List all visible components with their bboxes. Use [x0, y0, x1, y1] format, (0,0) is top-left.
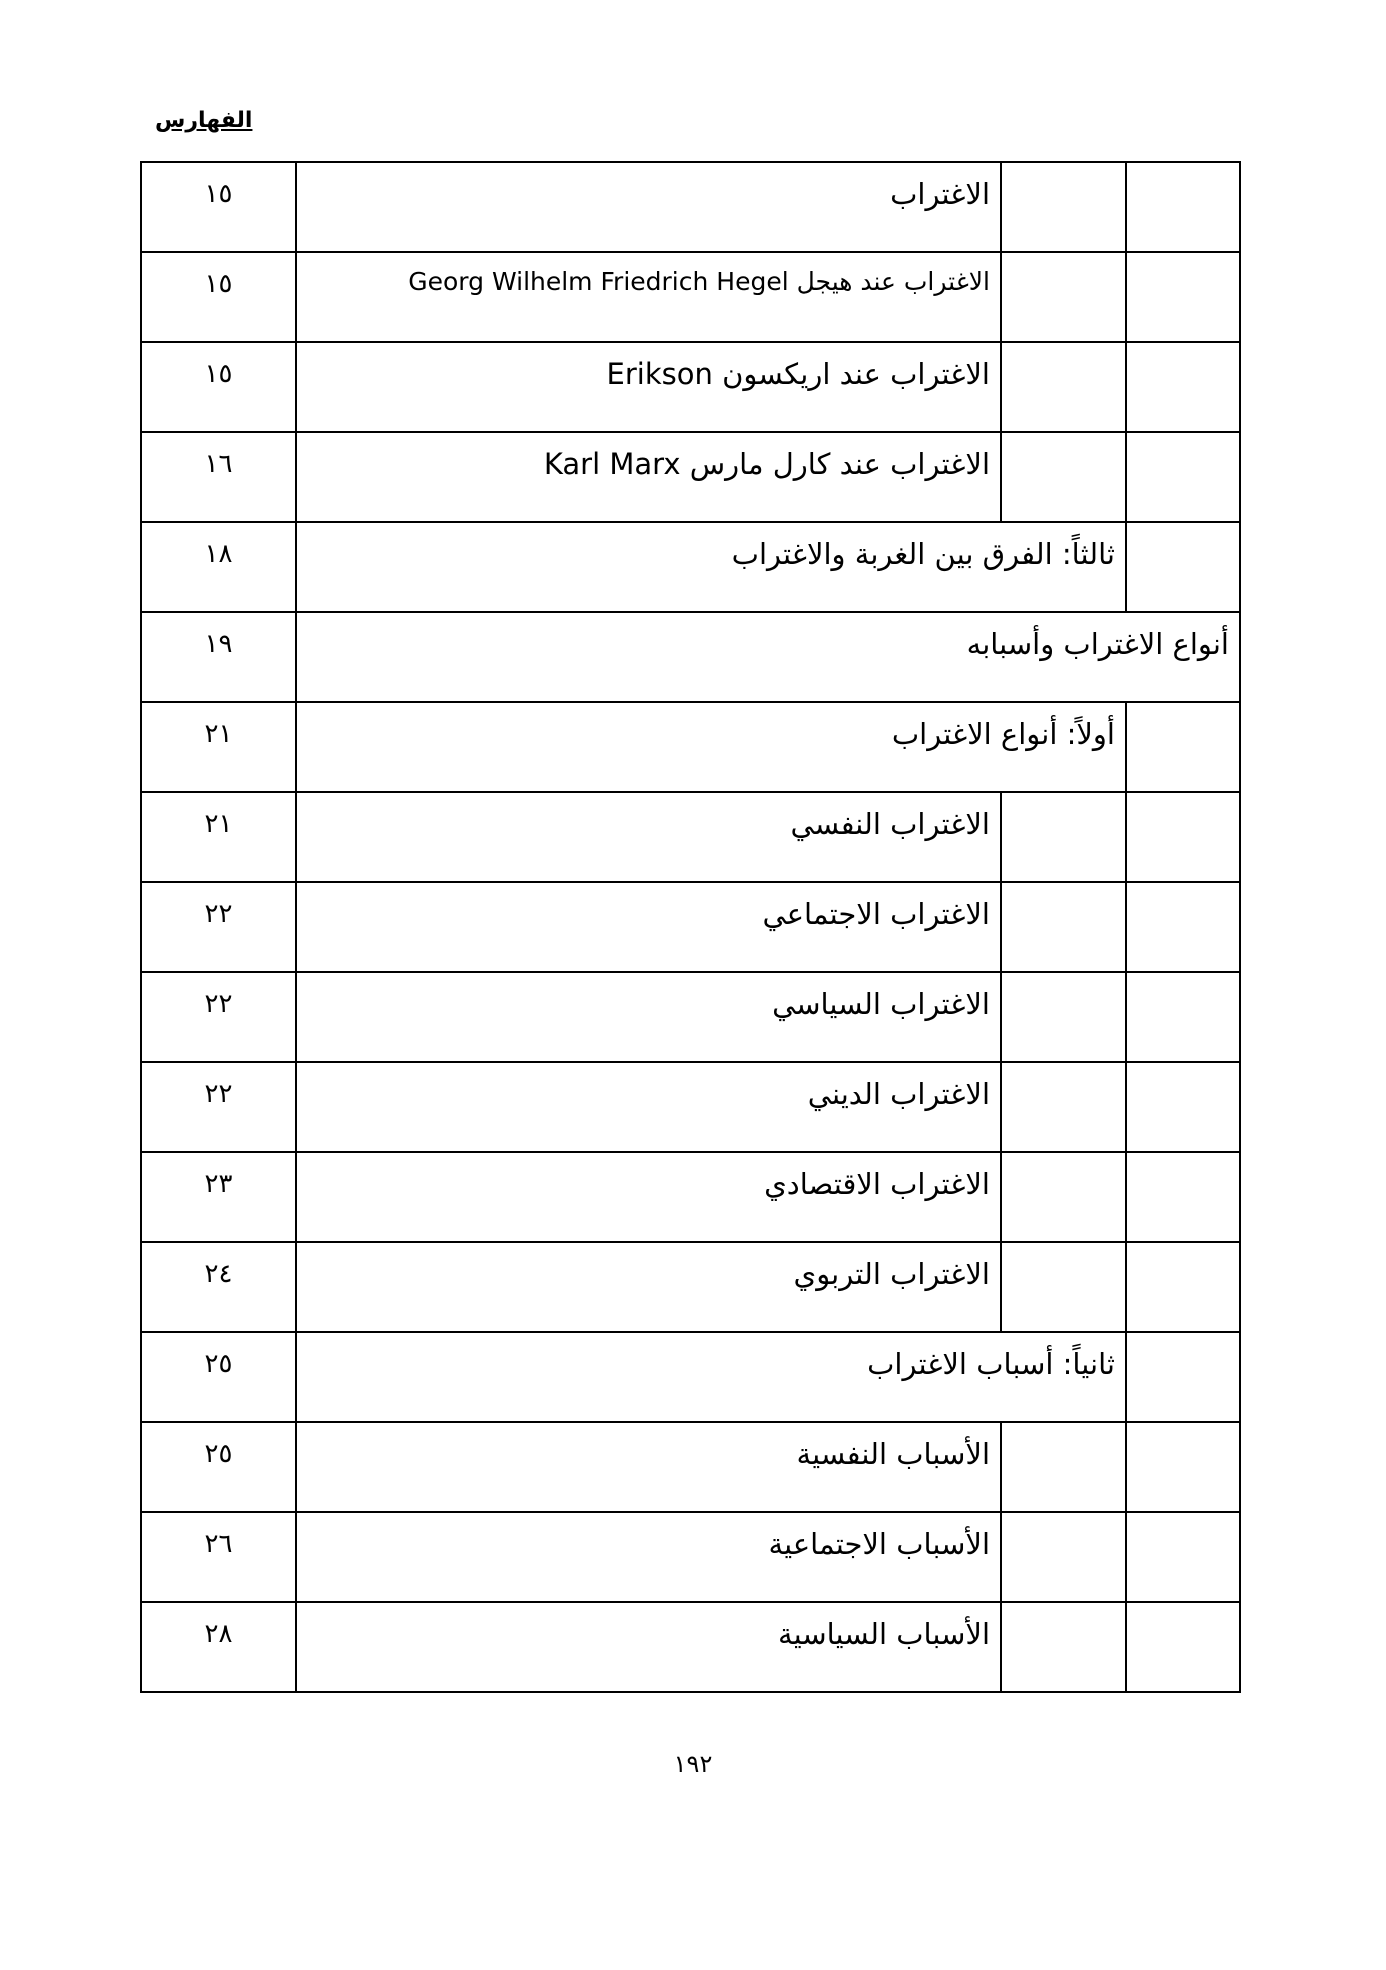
entry-title: ثانياً: أسباب الاغتراب [296, 1332, 1126, 1422]
indent-cell [1001, 792, 1126, 882]
page-ref: ١٨ [141, 522, 296, 612]
index-row: ١٨ثالثاً: الفرق بين الغربة والاغتراب [141, 522, 1240, 612]
entry-title: الاغتراب الاجتماعي [296, 882, 1001, 972]
indent-cell [1126, 792, 1240, 882]
indent-cell [1001, 1602, 1126, 1692]
page-ref: ١٦ [141, 432, 296, 522]
entry-title: الاغتراب الديني [296, 1062, 1001, 1152]
index-row: ٢٦الأسباب الاجتماعية [141, 1512, 1240, 1602]
index-row: ٢٥الأسباب النفسية [141, 1422, 1240, 1512]
entry-title: ثالثاً: الفرق بين الغربة والاغتراب [296, 522, 1126, 612]
page-ref: ٢٦ [141, 1512, 296, 1602]
index-row: ٢٢الاغتراب الديني [141, 1062, 1240, 1152]
index-row: ٢١الاغتراب النفسي [141, 792, 1240, 882]
page-header-title: الفهارس [155, 108, 252, 133]
page-ref: ٢٢ [141, 972, 296, 1062]
indent-cell [1126, 1512, 1240, 1602]
entry-title: أولاً: أنواع الاغتراب [296, 702, 1126, 792]
indent-cell [1001, 432, 1126, 522]
page-number: ١٩٢ [0, 1750, 1386, 1778]
indent-cell [1126, 432, 1240, 522]
indent-cell [1126, 702, 1240, 792]
entry-title: الاغتراب الاقتصادي [296, 1152, 1001, 1242]
entry-title: الاغتراب التربوي [296, 1242, 1001, 1332]
index-row: ٢٢الاغتراب الاجتماعي [141, 882, 1240, 972]
indent-cell [1001, 1512, 1126, 1602]
indent-cell [1001, 1062, 1126, 1152]
indent-cell [1001, 1152, 1126, 1242]
index-row: ١٦الاغتراب عند كارل مارس Karl Marx [141, 432, 1240, 522]
indent-cell [1126, 1152, 1240, 1242]
page-ref: ٢٢ [141, 1062, 296, 1152]
entry-title: الاغتراب السياسي [296, 972, 1001, 1062]
indent-cell [1001, 972, 1126, 1062]
page-ref: ١٥ [141, 252, 296, 342]
entry-title: الأسباب النفسية [296, 1422, 1001, 1512]
indent-cell [1126, 252, 1240, 342]
page-ref: ٢١ [141, 792, 296, 882]
index-row: ٢١أولاً: أنواع الاغتراب [141, 702, 1240, 792]
indent-cell [1126, 882, 1240, 972]
indent-cell [1001, 342, 1126, 432]
page-ref: ١٥ [141, 342, 296, 432]
page-ref: ٢٥ [141, 1332, 296, 1422]
index-row: ٢٥ثانياً: أسباب الاغتراب [141, 1332, 1240, 1422]
index-row: ٢٨الأسباب السياسية [141, 1602, 1240, 1692]
index-row: ١٩أنواع الاغتراب وأسبابه [141, 612, 1240, 702]
indent-cell [1001, 252, 1126, 342]
indent-cell [1126, 1422, 1240, 1512]
page-ref: ٢١ [141, 702, 296, 792]
indent-cell [1126, 1242, 1240, 1332]
indent-cell [1126, 1602, 1240, 1692]
index-row: ٢٤الاغتراب التربوي [141, 1242, 1240, 1332]
indent-cell [1001, 1242, 1126, 1332]
entry-title: الاغتراب عند كارل مارس Karl Marx [296, 432, 1001, 522]
page-ref: ٢٢ [141, 882, 296, 972]
page-ref: ١٥ [141, 162, 296, 252]
entry-title: الاغتراب النفسي [296, 792, 1001, 882]
entry-title: الأسباب الاجتماعية [296, 1512, 1001, 1602]
page-ref: ١٩ [141, 612, 296, 702]
entry-title: الاغتراب عند اريكسون Erikson [296, 342, 1001, 432]
indent-cell [1126, 162, 1240, 252]
indent-cell [1001, 162, 1126, 252]
page-ref: ٢٣ [141, 1152, 296, 1242]
index-row: ١٥الاغتراب عند هيجل Georg Wilhelm Friedr… [141, 252, 1240, 342]
page-ref: ٢٨ [141, 1602, 296, 1692]
indent-cell [1126, 522, 1240, 612]
index-row: ١٥الاغتراب [141, 162, 1240, 252]
page-ref: ٢٥ [141, 1422, 296, 1512]
indent-cell [1001, 882, 1126, 972]
entry-title: الأسباب السياسية [296, 1602, 1001, 1692]
index-row: ٢٢الاغتراب السياسي [141, 972, 1240, 1062]
indent-cell [1001, 1422, 1126, 1512]
entry-title: الاغتراب [296, 162, 1001, 252]
indent-cell [1126, 1332, 1240, 1422]
index-table: ١٥الاغتراب١٥الاغتراب عند هيجل Georg Wilh… [140, 161, 1241, 1693]
indent-cell [1126, 972, 1240, 1062]
indent-cell [1126, 342, 1240, 432]
index-row: ٢٣الاغتراب الاقتصادي [141, 1152, 1240, 1242]
page-ref: ٢٤ [141, 1242, 296, 1332]
index-row: ١٥الاغتراب عند اريكسون Erikson [141, 342, 1240, 432]
indent-cell [1126, 1062, 1240, 1152]
entry-title: أنواع الاغتراب وأسبابه [296, 612, 1240, 702]
entry-title: الاغتراب عند هيجل Georg Wilhelm Friedric… [296, 252, 1001, 342]
